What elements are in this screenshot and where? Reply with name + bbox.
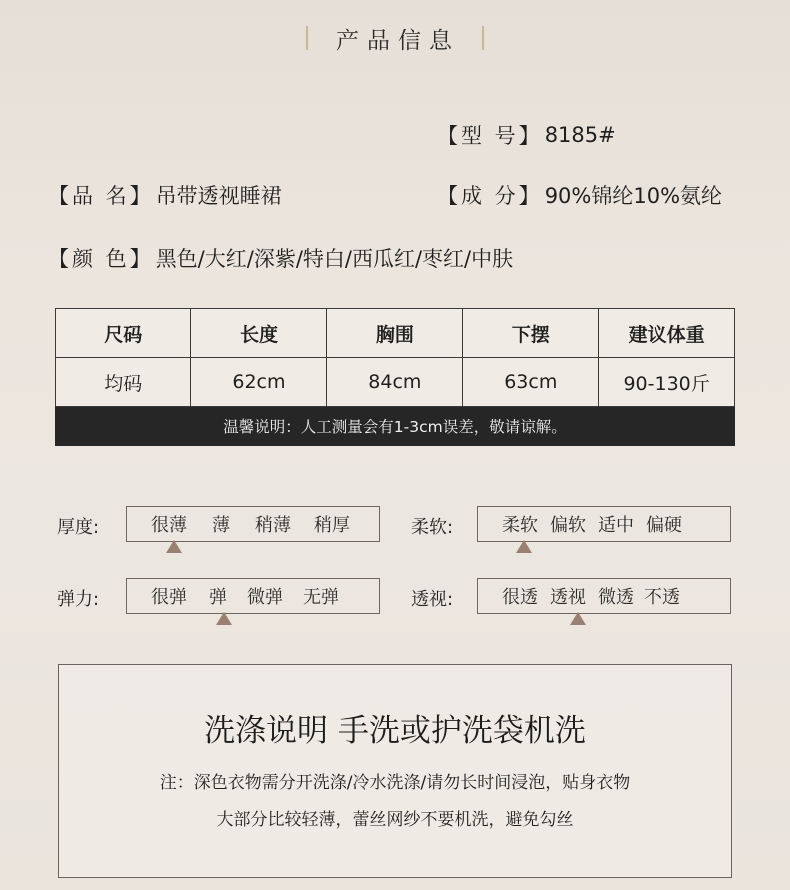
thickness-pointer-icon <box>166 540 182 553</box>
size-table: 尺码 长度 胸围 下摆 建议体重 均码 62cm 84cm 63cm 90-13… <box>55 308 735 446</box>
table-cell: 63cm <box>463 358 599 407</box>
info-composition-label: 【成 分】 <box>437 180 543 210</box>
thickness-option: 稍薄 <box>255 511 291 537</box>
size-table-header: 尺码 <box>56 309 191 358</box>
measurement-note-row: 温馨说明：人工测量会有1-3cm误差，敬请谅解。 <box>56 407 735 446</box>
softness-pointer-icon <box>516 540 532 553</box>
washing-title: 洗涤说明 手洗或护洗袋机洗 <box>59 705 731 750</box>
info-name: 【品 名】 吊带透视睡裙 <box>48 180 282 210</box>
info-name-label: 【品 名】 <box>48 180 154 210</box>
thickness-label: 厚度: <box>57 513 99 539</box>
header-left-divider <box>306 26 308 50</box>
table-cell: 62cm <box>191 358 327 407</box>
softness-label: 柔软: <box>411 513 453 539</box>
elasticity-option: 很弹 <box>151 583 187 609</box>
header-right-divider <box>482 26 484 50</box>
section-header: 产品信息 <box>0 18 790 58</box>
softness-option: 偏软 <box>550 511 586 537</box>
info-name-value: 吊带透视睡裙 <box>156 180 282 210</box>
softness-option: 柔软 <box>502 511 538 537</box>
table-cell: 84cm <box>327 358 463 407</box>
info-model-value: 8185# <box>545 123 616 147</box>
thickness-scale: 很薄 薄 稍薄 稍厚 <box>126 506 380 542</box>
elasticity-scale: 很弹 弹 微弹 无弹 <box>126 578 380 614</box>
size-table-header: 长度 <box>191 309 327 358</box>
info-model-label: 【型 号】 <box>437 120 543 150</box>
washing-note-line-1: 注：深色衣物需分开洗涤/冷水洗涤/请勿长时间浸泡，贴身衣物 <box>59 768 731 793</box>
table-row: 均码 62cm 84cm 63cm 90-130斤 <box>56 358 735 407</box>
page-title: 产品信息 <box>336 22 460 55</box>
thickness-option: 很薄 <box>151 511 187 537</box>
table-cell: 90-130斤 <box>599 358 735 407</box>
softness-option: 偏硬 <box>646 511 682 537</box>
transparency-option: 透视 <box>550 583 586 609</box>
measurement-note: 温馨说明：人工测量会有1-3cm误差，敬请谅解。 <box>56 407 735 446</box>
table-cell: 均码 <box>56 358 191 407</box>
transparency-option: 微透 <box>598 583 634 609</box>
transparency-scale: 很透 透视 微透 不透 <box>477 578 731 614</box>
info-colors: 【颜 色】 黑色/大红/深紫/特白/西瓜红/枣红/中肤 <box>48 243 513 273</box>
softness-scale: 柔软 偏软 适中 偏硬 <box>477 506 731 542</box>
transparency-option: 不透 <box>644 583 680 609</box>
info-composition: 【成 分】 90%锦纶10%氨纶 <box>437 180 722 210</box>
elasticity-option: 无弹 <box>303 583 339 609</box>
elasticity-option: 弹 <box>209 583 227 609</box>
softness-option: 适中 <box>598 511 634 537</box>
thickness-option: 薄 <box>212 511 230 537</box>
size-table-header: 下摆 <box>463 309 599 358</box>
size-table-header: 建议体重 <box>599 309 735 358</box>
washing-instructions-box: 洗涤说明 手洗或护洗袋机洗 注：深色衣物需分开洗涤/冷水洗涤/请勿长时间浸泡，贴… <box>58 664 732 878</box>
size-table-header: 胸围 <box>327 309 463 358</box>
washing-note-line-2: 大部分比较轻薄，蕾丝网纱不要机洗，避免勾丝 <box>59 805 731 830</box>
elasticity-pointer-icon <box>216 612 232 625</box>
elasticity-option: 微弹 <box>247 583 283 609</box>
transparency-label: 透视: <box>411 585 453 611</box>
info-colors-value: 黑色/大红/深紫/特白/西瓜红/枣红/中肤 <box>156 243 513 273</box>
elasticity-label: 弹力: <box>57 585 99 611</box>
size-table-header-row: 尺码 长度 胸围 下摆 建议体重 <box>56 309 735 358</box>
info-model: 【型 号】 8185# <box>437 120 616 150</box>
transparency-option: 很透 <box>502 583 538 609</box>
info-colors-label: 【颜 色】 <box>48 243 154 273</box>
info-composition-value: 90%锦纶10%氨纶 <box>545 180 722 210</box>
thickness-option: 稍厚 <box>314 511 350 537</box>
transparency-pointer-icon <box>570 612 586 625</box>
